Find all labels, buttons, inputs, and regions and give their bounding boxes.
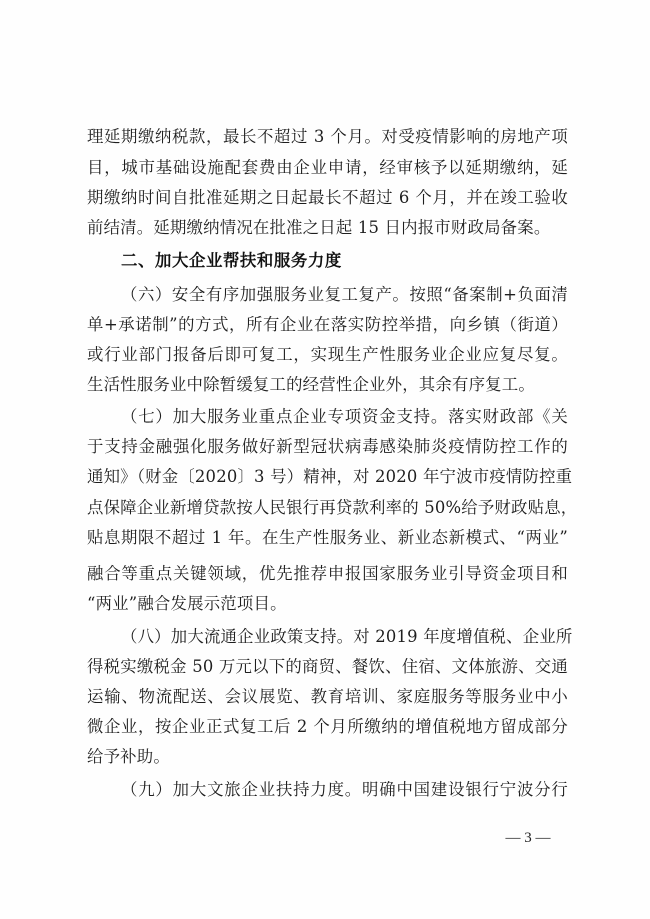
section-heading: 二、加大企业帮扶和服务力度 xyxy=(121,248,568,274)
item-7-first-line: （七）加大服务业重点企业专项资金支持。落实财政部《关 xyxy=(121,404,568,430)
text-line: 单+承诺制”的方式，所有企业在落实防控举措，向乡镇（街道） xyxy=(87,312,568,338)
text-line: 于支持金融强化服务做好新型冠状病毒感染肺炎疫情防控工作的 xyxy=(87,434,568,460)
text-line: 理延期缴纳税款，最长不超过 3 个月。对受疫情影响的房地产项 xyxy=(87,124,568,150)
text-line: 融合等重点关键领域，优先推荐申报国家服务业引导资金项目和 xyxy=(87,561,568,587)
text-line: 期缴纳时间自批准延期之日起最长不超过 6 个月，并在竣工验收 xyxy=(87,185,568,211)
text-line: 点保障企业新增贷款按人民银行再贷款利率的 50%给予财政贴息， xyxy=(87,495,568,521)
text-line: 前结清。延期缴纳情况在批准之日起 15 日内报市财政局备案。 xyxy=(87,215,568,241)
text-line: 微企业，按企业正式复工后 2 个月所缴纳的增值税地方留成部分 xyxy=(87,714,568,740)
text-line: 或行业部门报备后即可复工，实现生产性服务业企业应复尽复。 xyxy=(87,342,568,368)
item-8-first-line: （八）加大流通企业政策支持。对 2019 年度增值税、企业所 xyxy=(121,624,568,650)
text-line: 贴息期限不超过 1 年。在生产性服务业、新业态新模式、“两业” xyxy=(87,525,568,551)
text-line: 目，城市基础设施配套费由企业申请，经审核予以延期缴纳，延 xyxy=(87,155,568,181)
text-line: 通知》（财金〔2020〕3 号）精神，对 2020 年宁波市疫情防控重 xyxy=(87,464,568,490)
page-number: — 3 — xyxy=(496,826,560,850)
document-page: 理延期缴纳税款，最长不超过 3 个月。对受疫情影响的房地产项 目，城市基础设施配… xyxy=(0,0,650,919)
text-line: “两业”融合发展示范项目。 xyxy=(87,591,568,617)
text-line: 得税实缴税金 50 万元以下的商贸、餐饮、住宿、文体旅游、交通 xyxy=(87,654,568,680)
text-line: 生活性服务业中除暂缓复工的经营性企业外，其余有序复工。 xyxy=(87,372,568,398)
text-line: 给予补助。 xyxy=(87,744,568,770)
item-6-first-line: （六）安全有序加强服务业复工复产。按照“备案制+负面清 xyxy=(121,282,568,308)
text-line: 运输、物流配送、会议展览、教育培训、家庭服务等服务业中小 xyxy=(87,684,568,710)
item-9-first-line: （九）加大文旅企业扶持力度。明确中国建设银行宁波分行 xyxy=(121,777,568,803)
